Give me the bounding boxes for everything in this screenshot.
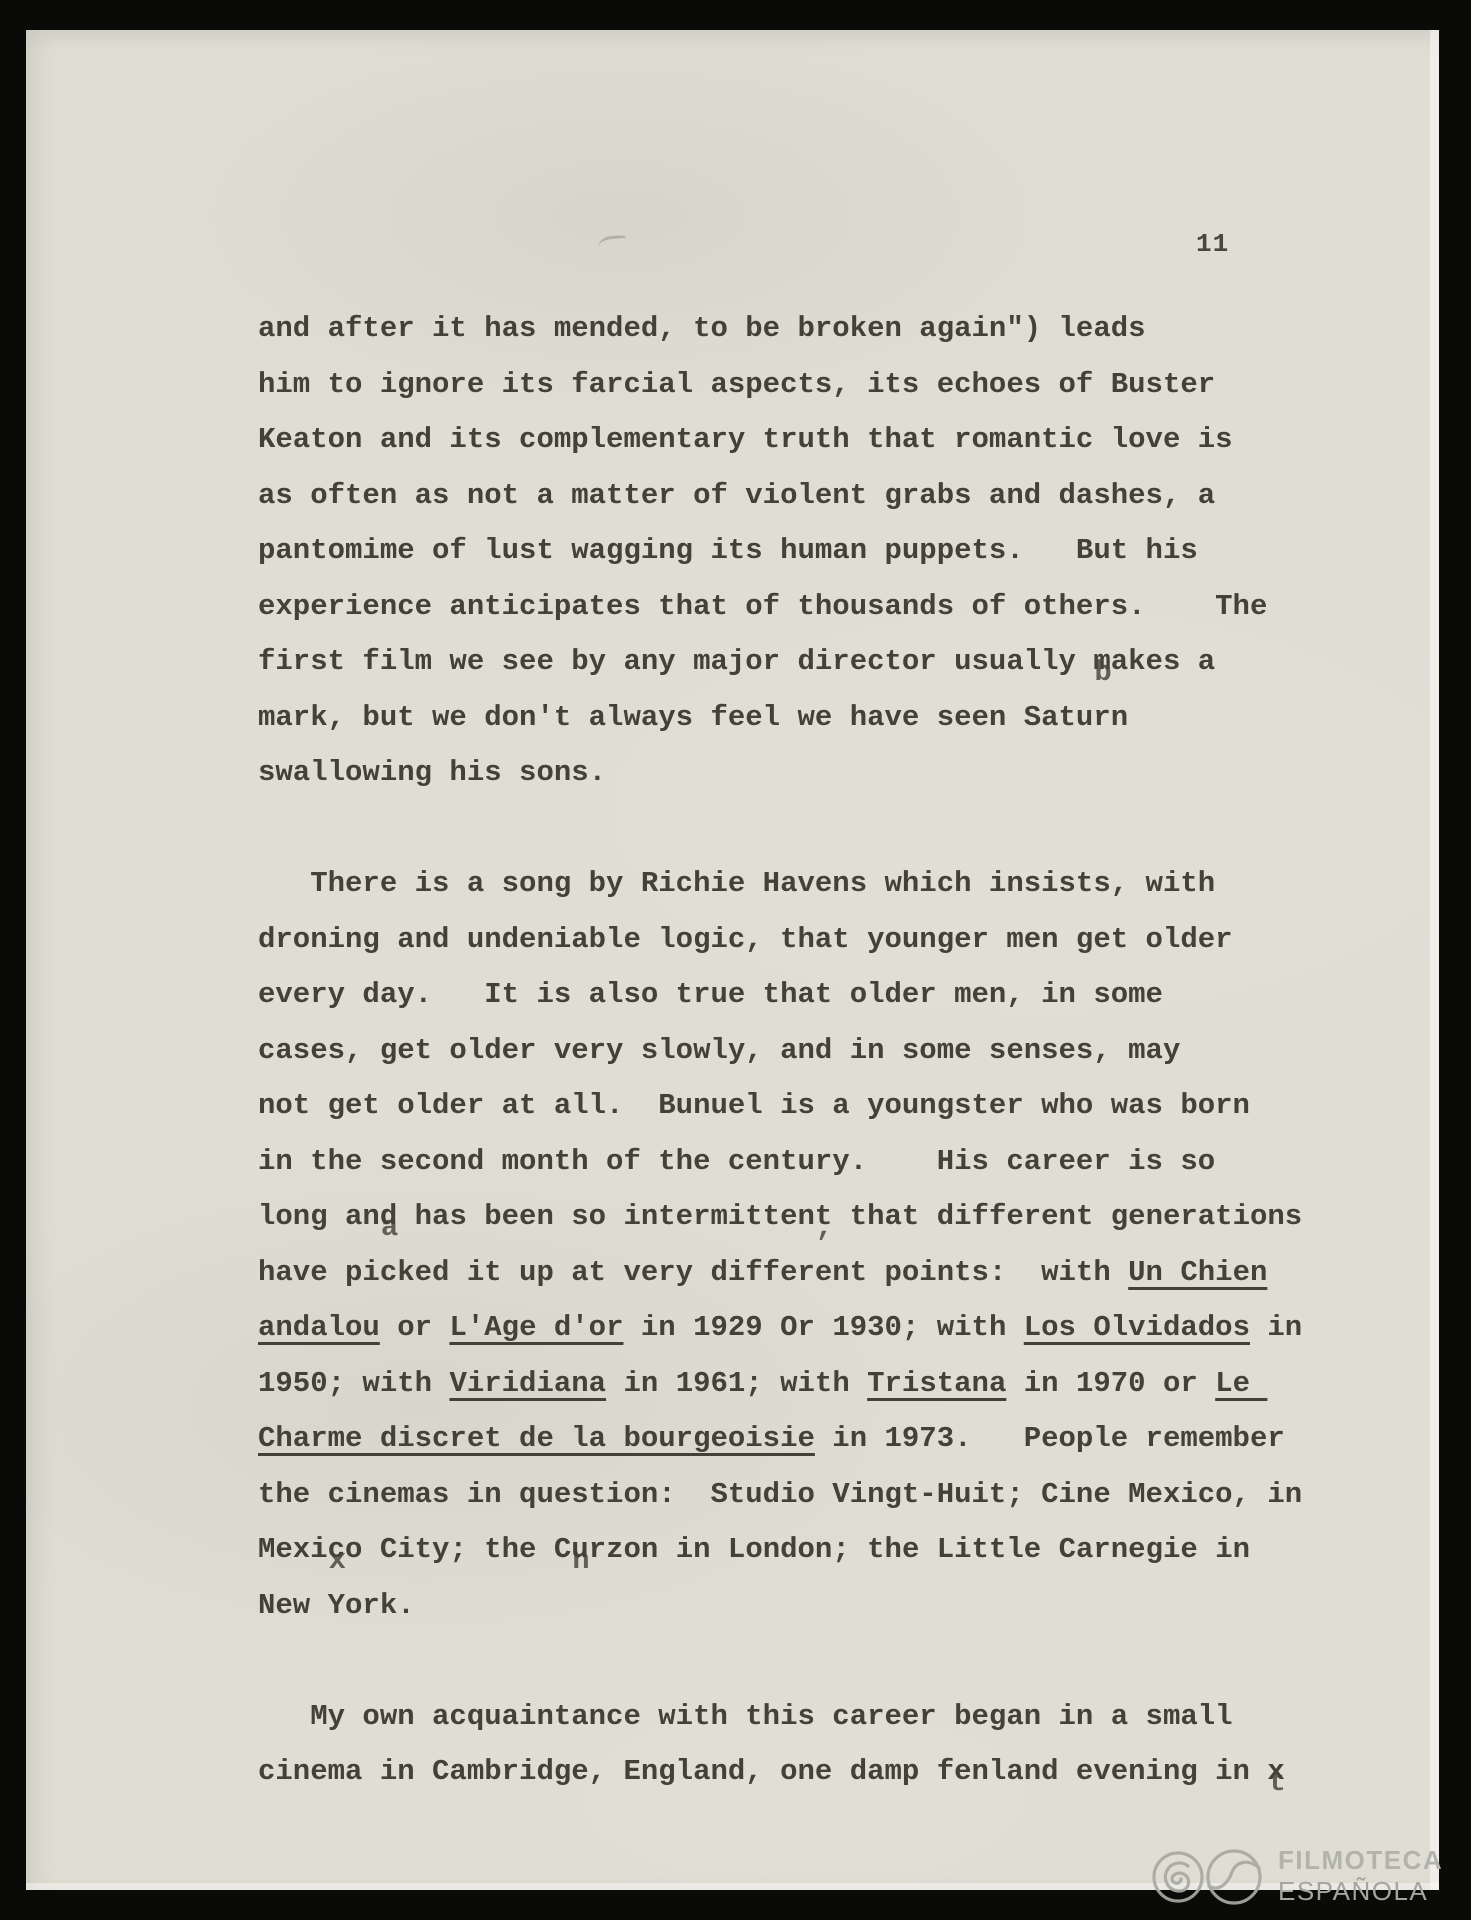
text-line: first film we see by any major director … xyxy=(258,634,1398,690)
document-text: and after it has mended, to be broken ag… xyxy=(258,301,1398,1855)
paragraph: and after it has mended, to be broken ag… xyxy=(258,301,1398,801)
text-line: in the second month of the century. His … xyxy=(258,1134,1398,1190)
paragraph: There is a song by Richie Havens which i… xyxy=(258,856,1398,1633)
text-line: swallowing his sons. xyxy=(258,745,1398,801)
text-line: There is a song by Richie Havens which i… xyxy=(258,856,1398,912)
filmoteca-logo-icon xyxy=(1148,1840,1270,1912)
watermark-text: FILMOTECA ESPAÑOLA xyxy=(1278,1845,1443,1907)
pencil-mark xyxy=(598,235,627,249)
text-line: My own acquaintance with this career beg… xyxy=(258,1689,1398,1745)
paragraph: My own acquaintance with this career beg… xyxy=(258,1689,1398,1800)
page-number: 11 xyxy=(1196,229,1229,259)
text-line: andalou or L'Age d'or in 1929 Or 1930; w… xyxy=(258,1300,1398,1356)
text-line: cinema in Cambridge, England, one damp f… xyxy=(258,1744,1398,1800)
text-line: not get older at all. Bunuel is a youngs… xyxy=(258,1078,1398,1134)
watermark-line1: FILMOTECA xyxy=(1278,1845,1443,1876)
text-line: as often as not a matter of violent grab… xyxy=(258,468,1398,524)
text-line: 1950; with Viridiana in 1961; with Trist… xyxy=(258,1356,1398,1412)
text-line: pantomime of lust wagging its human pupp… xyxy=(258,523,1398,579)
watermark: FILMOTECA ESPAÑOLA xyxy=(1148,1840,1443,1912)
text-line: cases, get older very slowly, and in som… xyxy=(258,1023,1398,1079)
text-line: experience anticipates that of thousands… xyxy=(258,579,1398,635)
scanned-page: 11 and after it has mended, to be broken… xyxy=(26,30,1439,1890)
text-line: long anda has been so intermittent, that… xyxy=(258,1189,1398,1245)
text-line: every day. It is also true that older me… xyxy=(258,967,1398,1023)
text-line: him to ignore its farcial aspects, its e… xyxy=(258,357,1398,413)
text-line: droning and undeniable logic, that young… xyxy=(258,912,1398,968)
text-line: Charme discret de la bourgeoisie in 1973… xyxy=(258,1411,1398,1467)
text-line: the cinemas in question: Studio Vingt-Hu… xyxy=(258,1467,1398,1523)
text-line: and after it has mended, to be broken ag… xyxy=(258,301,1398,357)
text-line: mark, but we don't always feel we have s… xyxy=(258,690,1398,746)
watermark-line2: ESPAÑOLA xyxy=(1278,1876,1443,1907)
text-line: Keaton and its complementary truth that … xyxy=(258,412,1398,468)
text-line: New York. xyxy=(258,1578,1398,1634)
text-line: Mexicxo City; the Cunrzon in London; the… xyxy=(258,1522,1398,1578)
